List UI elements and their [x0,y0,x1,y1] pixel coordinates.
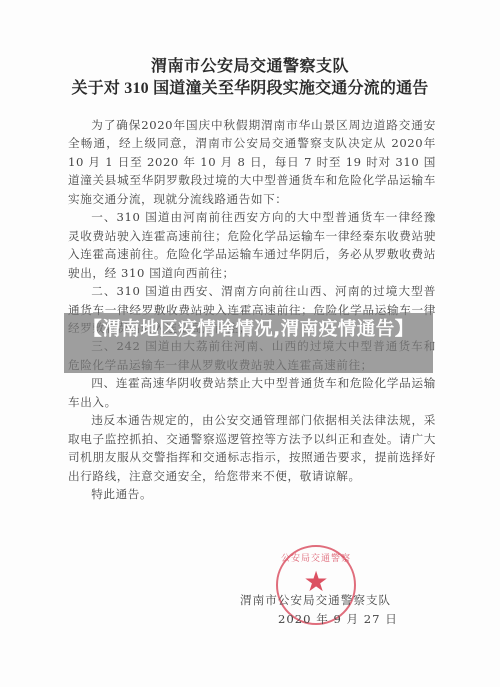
paragraph-intro: 为了确保2020年国庆中秋假期渭南市华山景区周边道路交通安全畅通，经上级同意，渭… [68,116,436,208]
signature: 渭南市公安局交通警察支队 [240,592,440,608]
paragraph-item-1: 一、310 国道由河南前往西安方向的大中型普通货车一律经豫灵收费站驶入连霍高速前… [68,208,436,282]
seal-text: 公安局交通警察 [278,551,354,564]
paragraph-penalty: 违反本通告规定的，由公安交通管理部门依据相关法律法规，采取电子监控抓拍、交通警察… [68,411,436,485]
notice-title: 关于对 310 国道潼关至华阴段实施交通分流的通告 [0,75,500,98]
notice-body: 为了确保2020年国庆中秋假期渭南市华山景区周边道路交通安全畅通，经上级同意，渭… [68,116,436,504]
paragraph-closing: 特此通告。 [68,485,436,503]
caption-overlay-title: 【渭南地区疫情啥情况,渭南疫情通告】 [66,317,431,343]
signature-date: 2020 年 9 月 27 日 [278,611,398,627]
issuer-title: 渭南市公安局交通警察支队 [0,53,500,76]
paragraph-item-4: 四、连霍高速华阴收费站禁止大中型普通货车和危险化学品运输车出入。 [68,374,436,411]
